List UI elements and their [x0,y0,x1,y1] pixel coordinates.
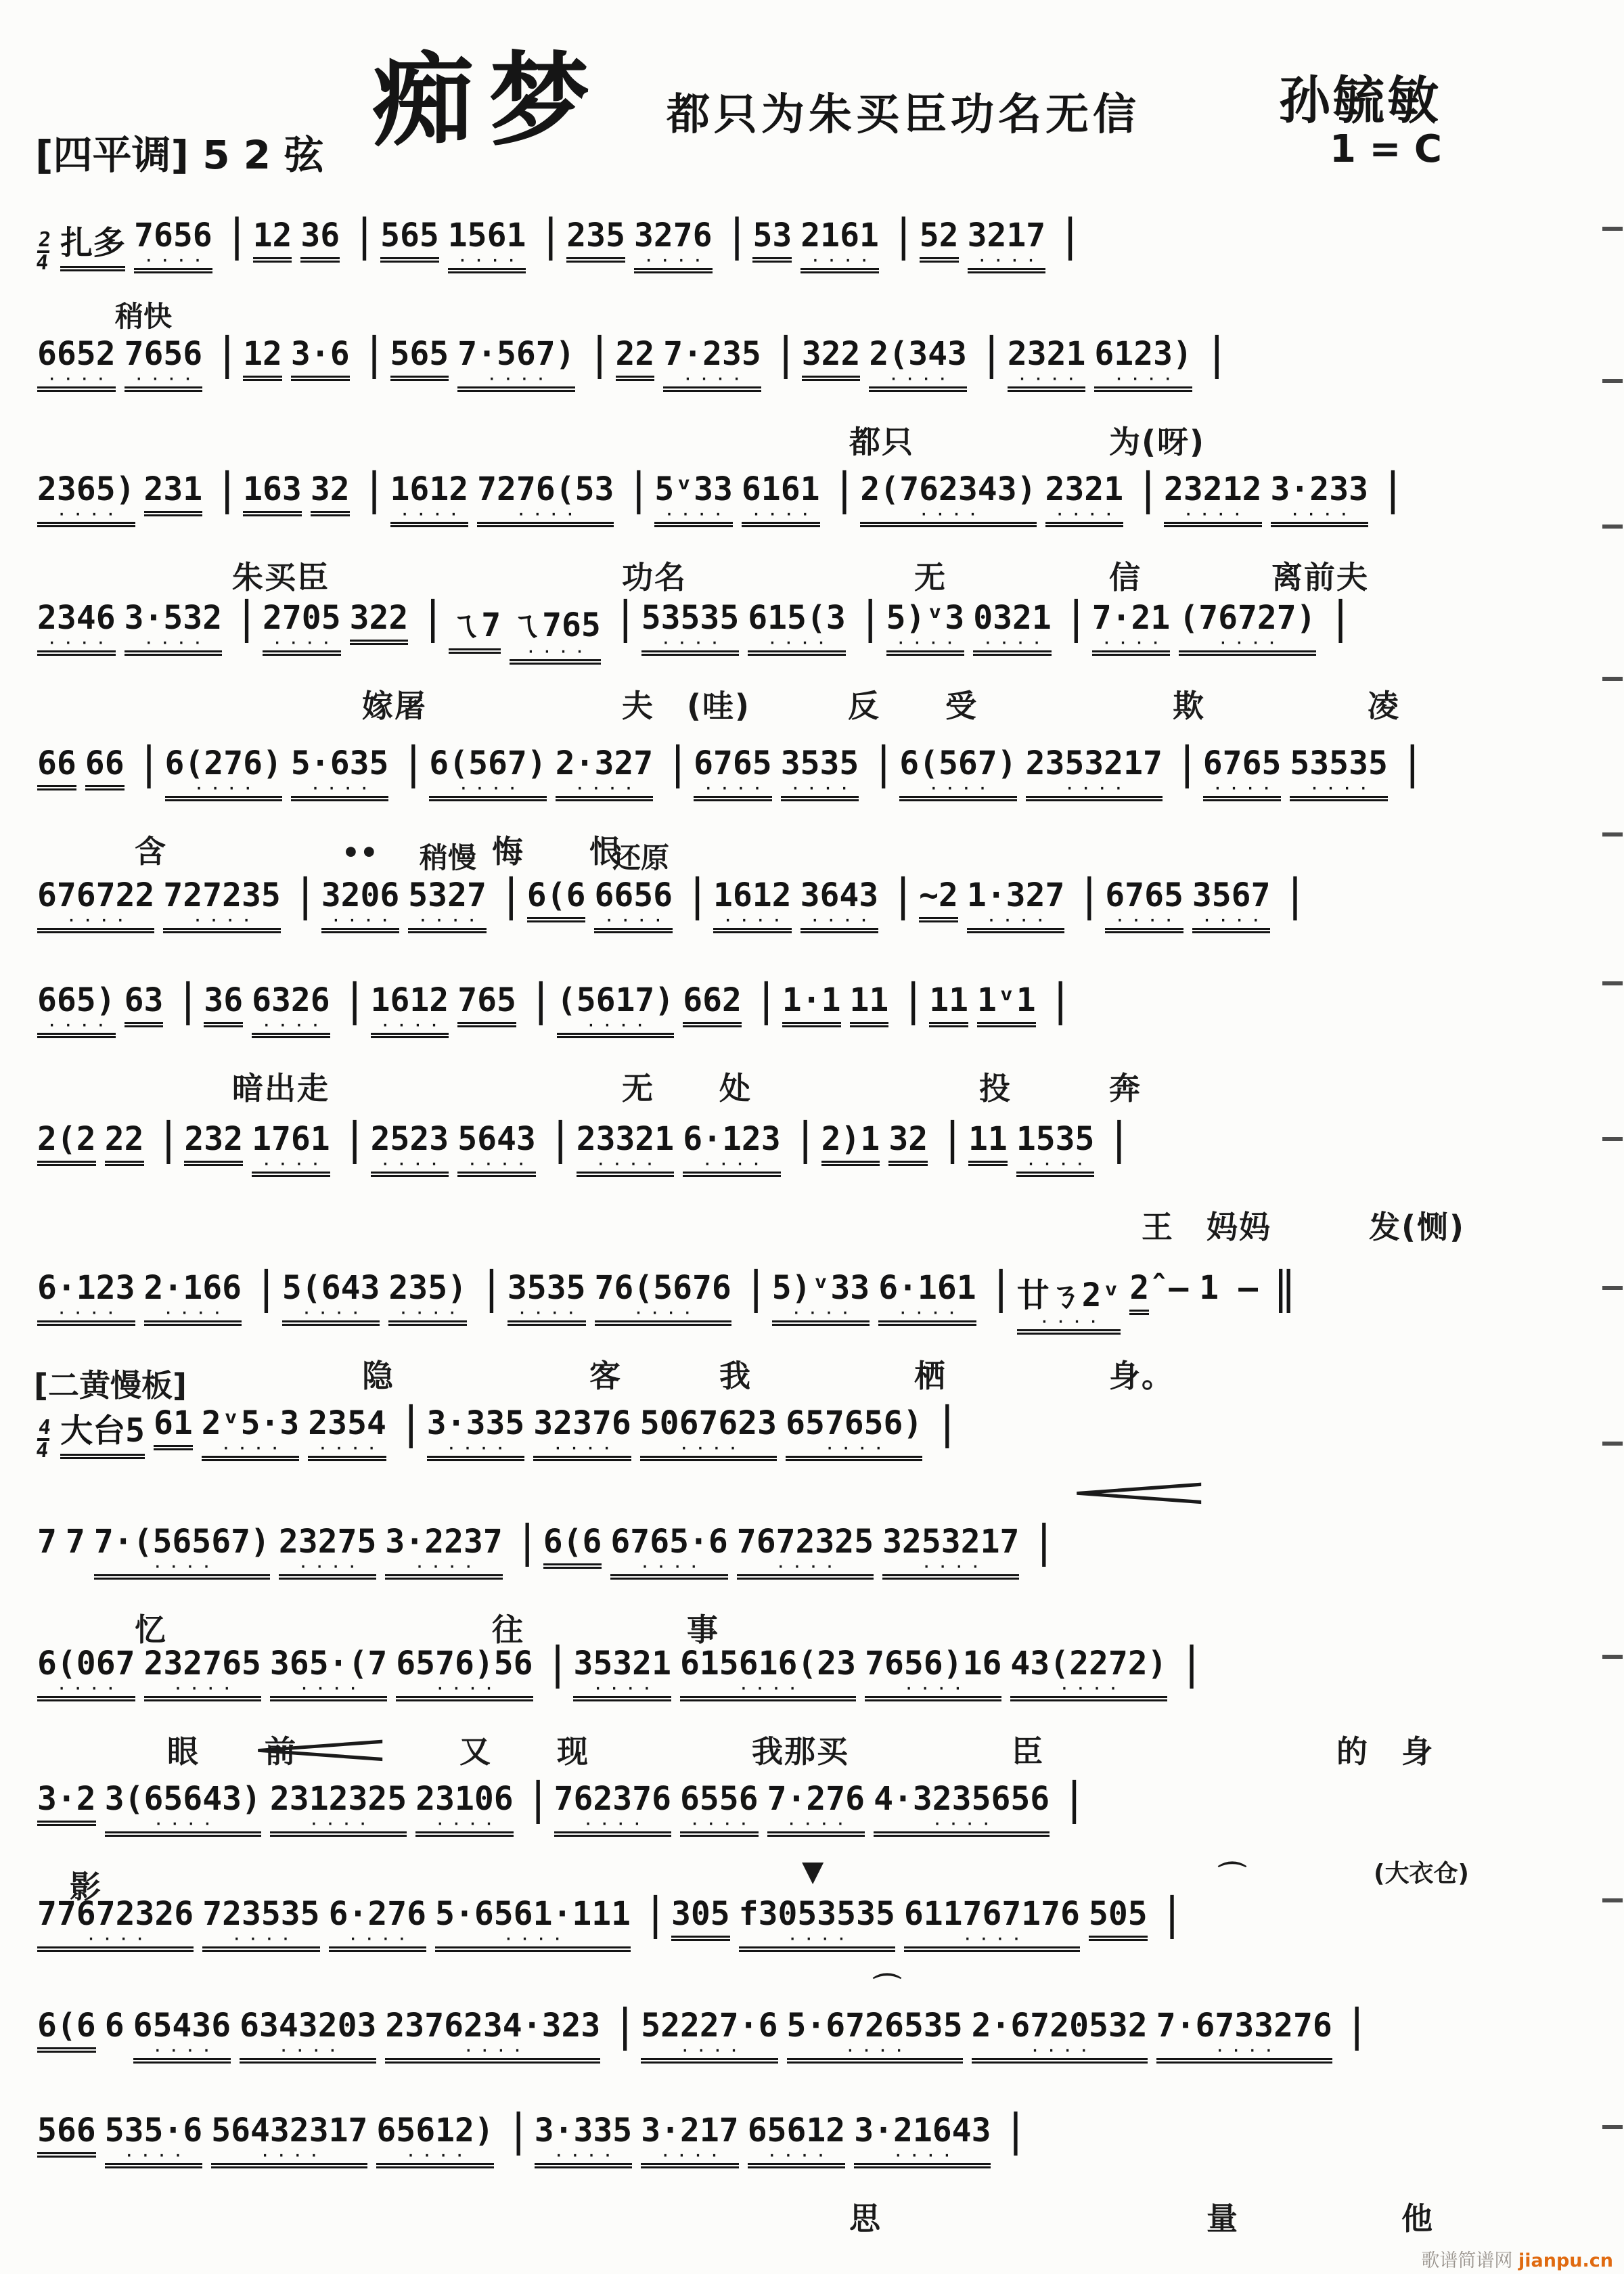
notation-line: 777·(56567)232753·2237|6(66765·676723253… [37,1523,1060,1580]
edge-mark [1602,2125,1623,2129]
score-line: 24扎多7656|1236|5651561|2353276|532161|523… [0,217,1624,352]
edge-mark [1602,1655,1623,1659]
edge-mark [1602,981,1623,985]
lyrics-line: 隐 客 我 栖 身。 [37,1352,1174,1396]
lyrics-line: 嫁屠 夫 (哇) 反 受 欺 凌 [37,682,1400,726]
score-line: 566535·65643231765612)|3·3353·217656123·… [0,2112,1624,2247]
score-line: 6666|6(276)5·635|6(567)2·327|67653535|6(… [0,744,1624,880]
edge-mark [1602,227,1623,231]
score-line: 6·1232·166|5(643235)|353576(5676|5)ᵛ336·… [0,1269,1624,1404]
crescendo-mark: < [1056,1469,1222,1515]
watermark-domain: jianpu.cn [1518,2250,1613,2271]
notation-line: 23463·532|2705322|ㄟ7ㄟ765|53535615(3|5)ᵛ3… [37,599,1357,665]
natural-annotation: 还原 [612,836,669,876]
notation-line: 665)63|366326|1612765|(5617)662|1·111|11… [37,981,1077,1038]
edge-mark [1602,832,1623,837]
edge-mark [1602,1898,1623,1902]
notation-line: 6·1232·166|5(643235)|353576(5676|5)ᵛ336·… [37,1269,1301,1335]
lyrics-line: 都只 为(呀) [37,418,1205,462]
lyrics-line: 含 悔 恨 [37,827,622,872]
score-line: < 777·(56567)232753·2237|6(66765·6767232… [0,1523,1624,1658]
edge-mark [1602,1137,1623,1141]
watermark: 歌谱简谱网 jianpu.cn [1421,2246,1613,2272]
tie-mark: ⌒ [873,1966,901,2007]
tie-mark: ⌒ [1218,1854,1246,1895]
lyrics-line: 思 量 他 [37,2194,1434,2239]
notation-line: 2(222|2321761|25235643|233216·123|2)132|… [37,1120,1135,1177]
tempo-annotation: 稍快 [115,294,172,335]
edge-mark [1602,677,1623,681]
notation-line: 3·23(65643)231232523106|76237665567·2764… [37,1780,1090,1837]
lyrics-line: 朱买臣 功名 无 信 离前夫 [37,553,1369,598]
section-annotation: [二黄慢板] [34,1361,187,1406]
score-line: 23463·532|2705322|ㄟ7ㄟ765|53535615(3|5)ᵛ3… [0,599,1624,734]
lyrics-line: 王 妈妈 发(恻) [37,1203,1465,1247]
score-line: [二黄慢板] 44大台5612ᵛ5·32354|3·33532376506762… [0,1404,1624,1540]
notation-line: 776723267235356·2765·6561·111|305f305353… [37,1895,1188,1952]
crescendo-mark: < [237,1726,403,1773]
score-line: 2365)231|16332|16127276(53|5ᵛ336161|2(76… [0,470,1624,606]
notation-line: 2365)231|16332|16127276(53|5ᵛ336161|2(76… [37,470,1409,527]
notation-line: 566535·65643231765612)|3·3353·217656123·… [37,2112,1031,2168]
score-line: 稍快 66527656|123·6|5657·567)|227·235|3222… [0,335,1624,470]
edge-mark [1602,379,1623,383]
accent-annotation: •• [342,836,378,869]
score: 24扎多7656|1236|5651561|2353276|532161|523… [0,0,1624,2274]
notation-line: 6(067232765365·(76576)56|35321615616(237… [37,1645,1207,1701]
notation-line: 44大台5612ᵛ5·32354|3·335323765067623657656… [37,1404,963,1461]
notation-line: 24扎多7656|1236|5651561|2353276|532161|523… [37,217,1086,273]
tempo-annotation: 稍慢 [420,836,476,876]
edge-mark [1602,1286,1623,1290]
notation-line: 66527656|123·6|5657·567)|227·235|3222(34… [37,335,1233,392]
watermark-site: 歌谱简谱网 [1421,2250,1512,2271]
lyrics-line: 忆 往 事 [37,1605,719,1650]
lyrics-line: 暗出走 无 处 投 奔 [37,1064,1142,1109]
percussion-annotation: (大衣仓) [1374,1854,1469,1889]
notation-line: 6666|6(276)5·635|6(567)2·327|67653535|6(… [37,744,1428,801]
score-line: 665)63|366326|1612765|(5617)662|1·111|11… [0,981,1624,1117]
score-line: 2(222|2321761|25235643|233216·123|2)132|… [0,1120,1624,1255]
edge-mark [1602,1442,1623,1446]
notation-line: 676722727235|32065327|6(66656|16123643|~… [37,876,1311,933]
edge-mark [1602,525,1623,529]
notation-line: 6(666543663432032376234·323|52227·65·672… [37,2007,1373,2064]
accent-mark: ▼ [802,1854,824,1888]
page: { "colors": {"ink": "#141414", "paper": … [0,0,1624,2274]
